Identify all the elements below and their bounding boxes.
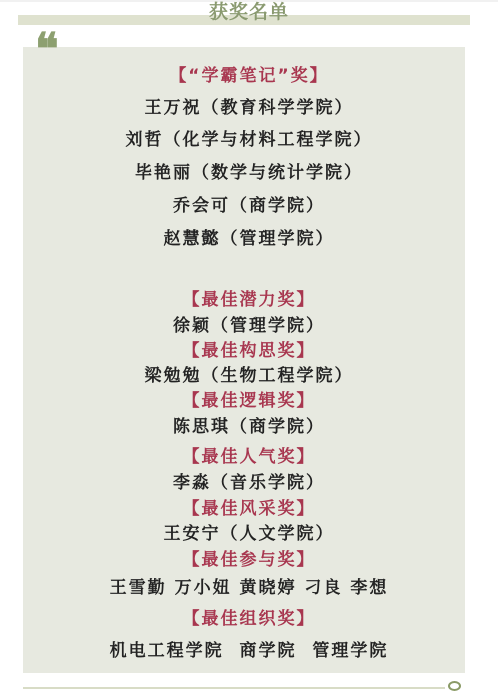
winner-line: 刘哲（化学与材料工程学院） (0, 125, 498, 150)
quote-icon: ❝ (35, 28, 56, 72)
winner-line: 李淼（音乐学院） (0, 468, 498, 493)
winner-line: 陈思琪（商学院） (0, 412, 498, 437)
circle-ornament-icon (448, 681, 461, 691)
page-title: 获奖名单 (0, 1, 498, 23)
award-title-xueba: 【“学霸笔记”奖】 (0, 61, 498, 86)
winner-line: 梁勉勉（生物工程学院） (0, 361, 498, 386)
award-title-logic: 【最佳逻辑奖】 (0, 386, 498, 411)
winner-line: 王安宁（人文学院） (0, 519, 498, 544)
winner-line: 徐颖（管理学院） (0, 311, 498, 336)
winner-line: 乔会可（商学院） (0, 191, 498, 216)
winner-line: 王万祝（教育科学学院） (0, 93, 498, 118)
award-title-concept: 【最佳构思奖】 (0, 336, 498, 361)
bottom-divider (23, 687, 445, 689)
award-title-popularity: 【最佳人气奖】 (0, 442, 498, 467)
winner-line: 王雪勤 万小妞 黄晓婷 刁良 李想 (0, 573, 498, 598)
winner-line: 赵慧懿（管理学院） (0, 224, 498, 249)
award-title-organization: 【最佳组织奖】 (0, 604, 498, 629)
winner-line: 毕艳丽（数学与统计学院） (0, 158, 498, 183)
award-title-style: 【最佳风采奖】 (0, 494, 498, 519)
award-title-participation: 【最佳参与奖】 (0, 545, 498, 570)
award-title-potential: 【最佳潜力奖】 (0, 285, 498, 310)
winner-line: 机电工程学院 商学院 管理学院 (0, 636, 498, 661)
